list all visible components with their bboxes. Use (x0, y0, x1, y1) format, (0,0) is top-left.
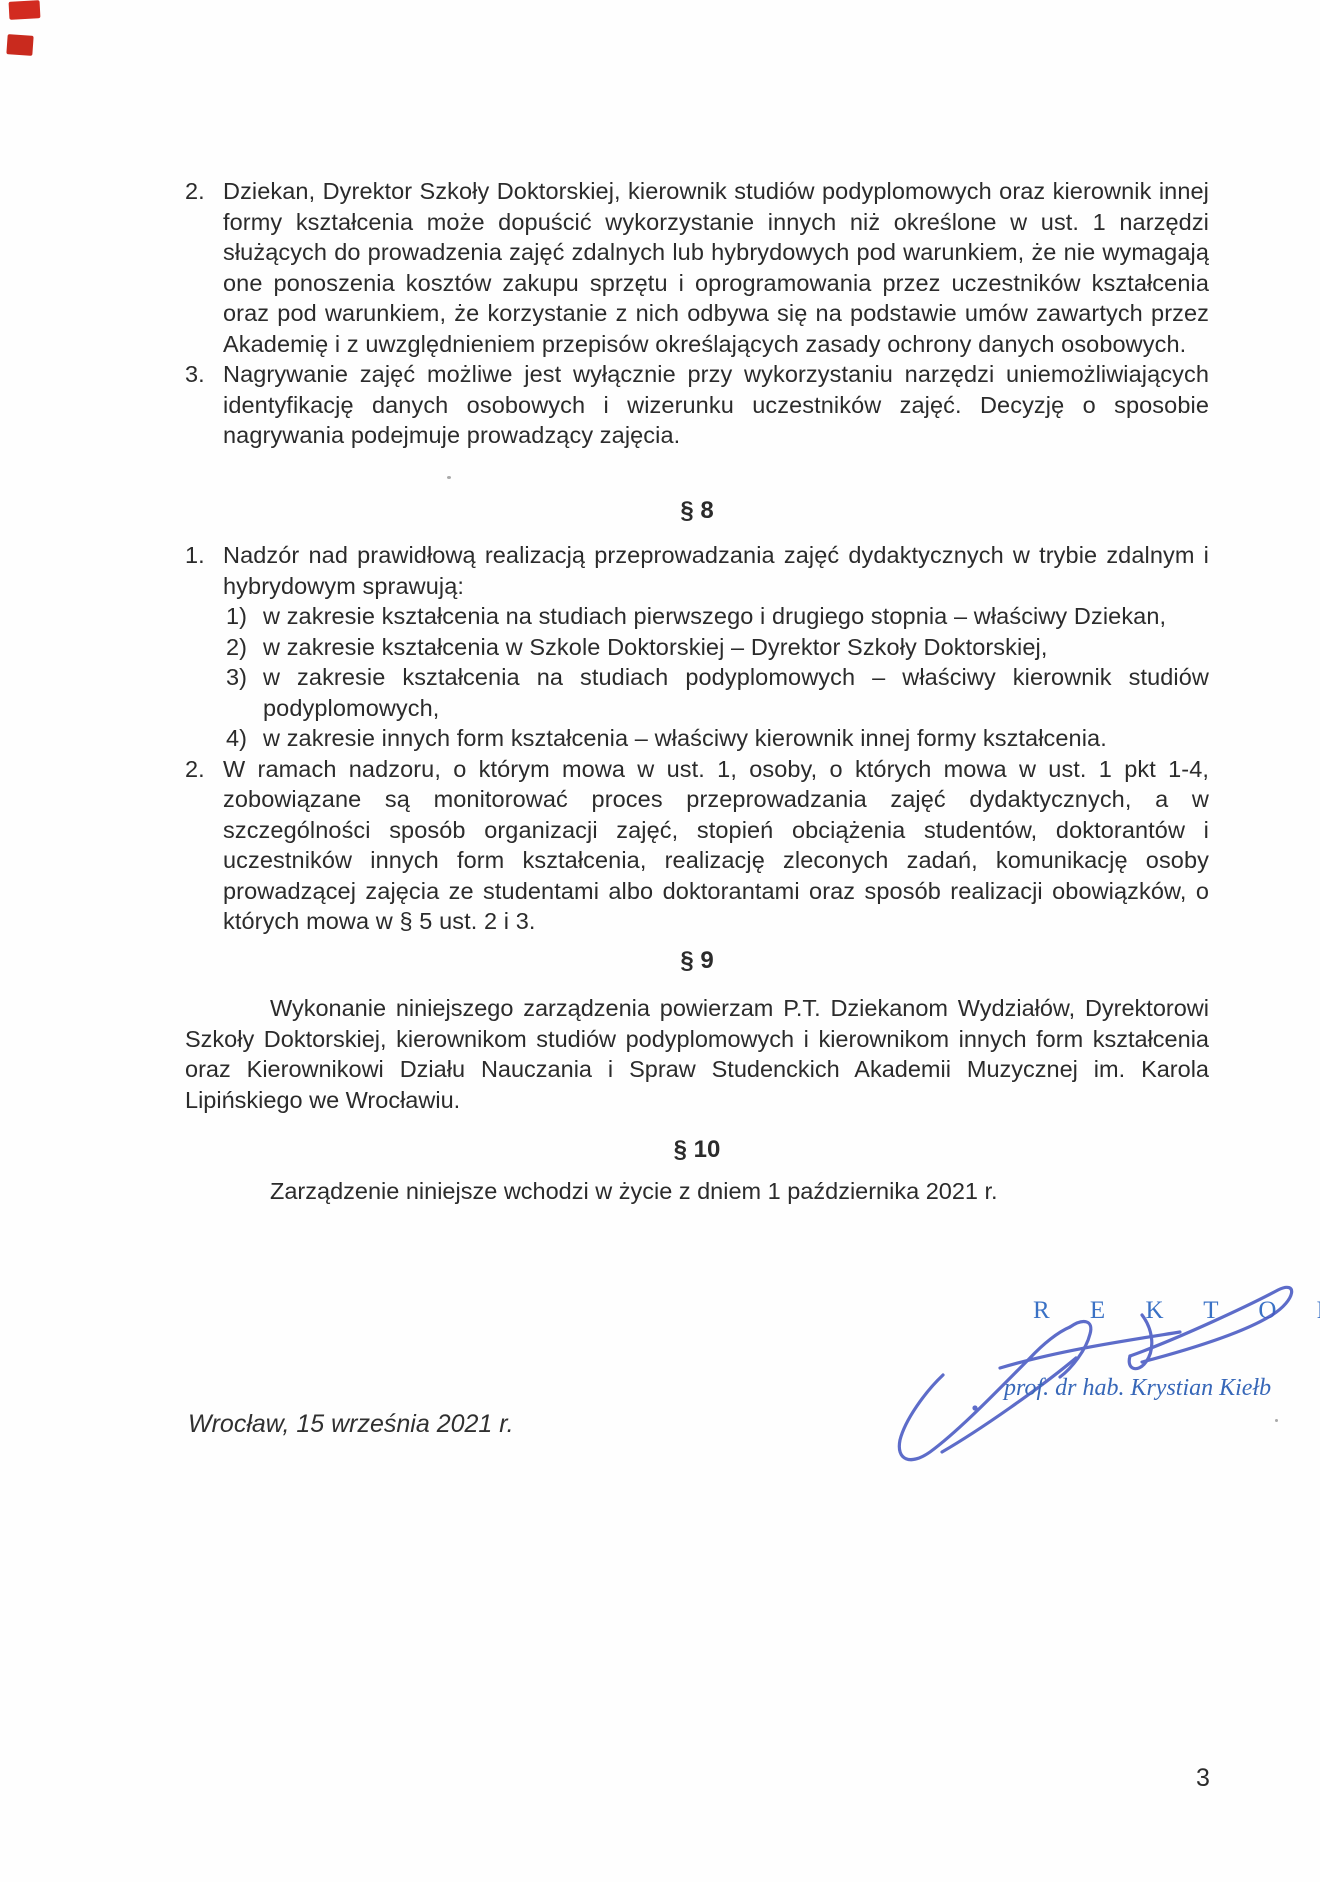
sub-list-item: 4) w zakresie innych form kształcenia – … (223, 723, 1209, 754)
sub-list: 1) w zakresie kształcenia na studiach pi… (223, 601, 1209, 754)
list-items-top: 2. Dziekan, Dyrektor Szkoły Doktorskiej,… (185, 176, 1209, 451)
signer-name: prof. dr hab. Krystian Kiełb (1004, 1375, 1271, 1402)
list-item-number: 2. (185, 754, 205, 785)
list-item-number: 3. (185, 359, 205, 390)
section-heading-9: § 9 (185, 947, 1209, 975)
section-heading-8: § 8 (185, 497, 1209, 525)
red-scan-mark (9, 0, 41, 20)
sub-item-text: w zakresie kształcenia na studiach pierw… (263, 603, 1166, 629)
sub-list-item: 1) w zakresie kształcenia na studiach pi… (223, 601, 1209, 632)
scan-speck (447, 476, 451, 479)
sub-item-text: w zakresie kształcenia na studiach podyp… (263, 664, 1209, 721)
page-number: 3 (1196, 1764, 1210, 1793)
list-item-text: Dziekan, Dyrektor Szkoły Doktorskiej, ki… (223, 178, 1209, 357)
sub-item-number: 2) (226, 632, 247, 663)
list-item: 2. Dziekan, Dyrektor Szkoły Doktorskiej,… (185, 176, 1209, 359)
sub-item-text: w zakresie kształcenia w Szkole Doktorsk… (263, 634, 1047, 660)
sub-list-item: 2) w zakresie kształcenia w Szkole Dokto… (223, 632, 1209, 663)
list-item: 3. Nagrywanie zajęć możliwe jest wyłączn… (185, 359, 1209, 451)
sub-item-text: w zakresie innych form kształcenia – wła… (263, 725, 1107, 751)
section-heading-10: § 10 (185, 1136, 1209, 1164)
section-10-paragraph: Zarządzenie niniejsze wchodzi w życie z … (185, 1176, 1209, 1207)
sub-item-number: 1) (226, 601, 247, 632)
sub-item-number: 3) (226, 662, 247, 693)
list-item-text: Nadzór nad prawidłową realizacją przepro… (223, 542, 1209, 599)
place-date: Wrocław, 15 września 2021 r. (188, 1410, 514, 1439)
section-8-body: 1. Nadzór nad prawidłową realizacją prze… (185, 540, 1209, 937)
sub-list-item: 3) w zakresie kształcenia na studiach po… (223, 662, 1209, 723)
list-item-text: Nagrywanie zajęć możliwe jest wyłącznie … (223, 361, 1209, 448)
document-page: 2. Dziekan, Dyrektor Szkoły Doktorskiej,… (0, 0, 1320, 1882)
list-item-number: 2. (185, 176, 205, 207)
section-9-paragraph: Wykonanie niniejszego zarządzenia powier… (185, 993, 1209, 1115)
list-item-number: 1. (185, 540, 205, 571)
list-item-text: W ramach nadzoru, o którym mowa w ust. 1… (223, 756, 1209, 935)
list-item: 1. Nadzór nad prawidłową realizacją prze… (185, 540, 1209, 754)
list-item: 2. W ramach nadzoru, o którym mowa w ust… (185, 754, 1209, 937)
red-scan-mark (6, 34, 33, 56)
sub-item-number: 4) (226, 723, 247, 754)
